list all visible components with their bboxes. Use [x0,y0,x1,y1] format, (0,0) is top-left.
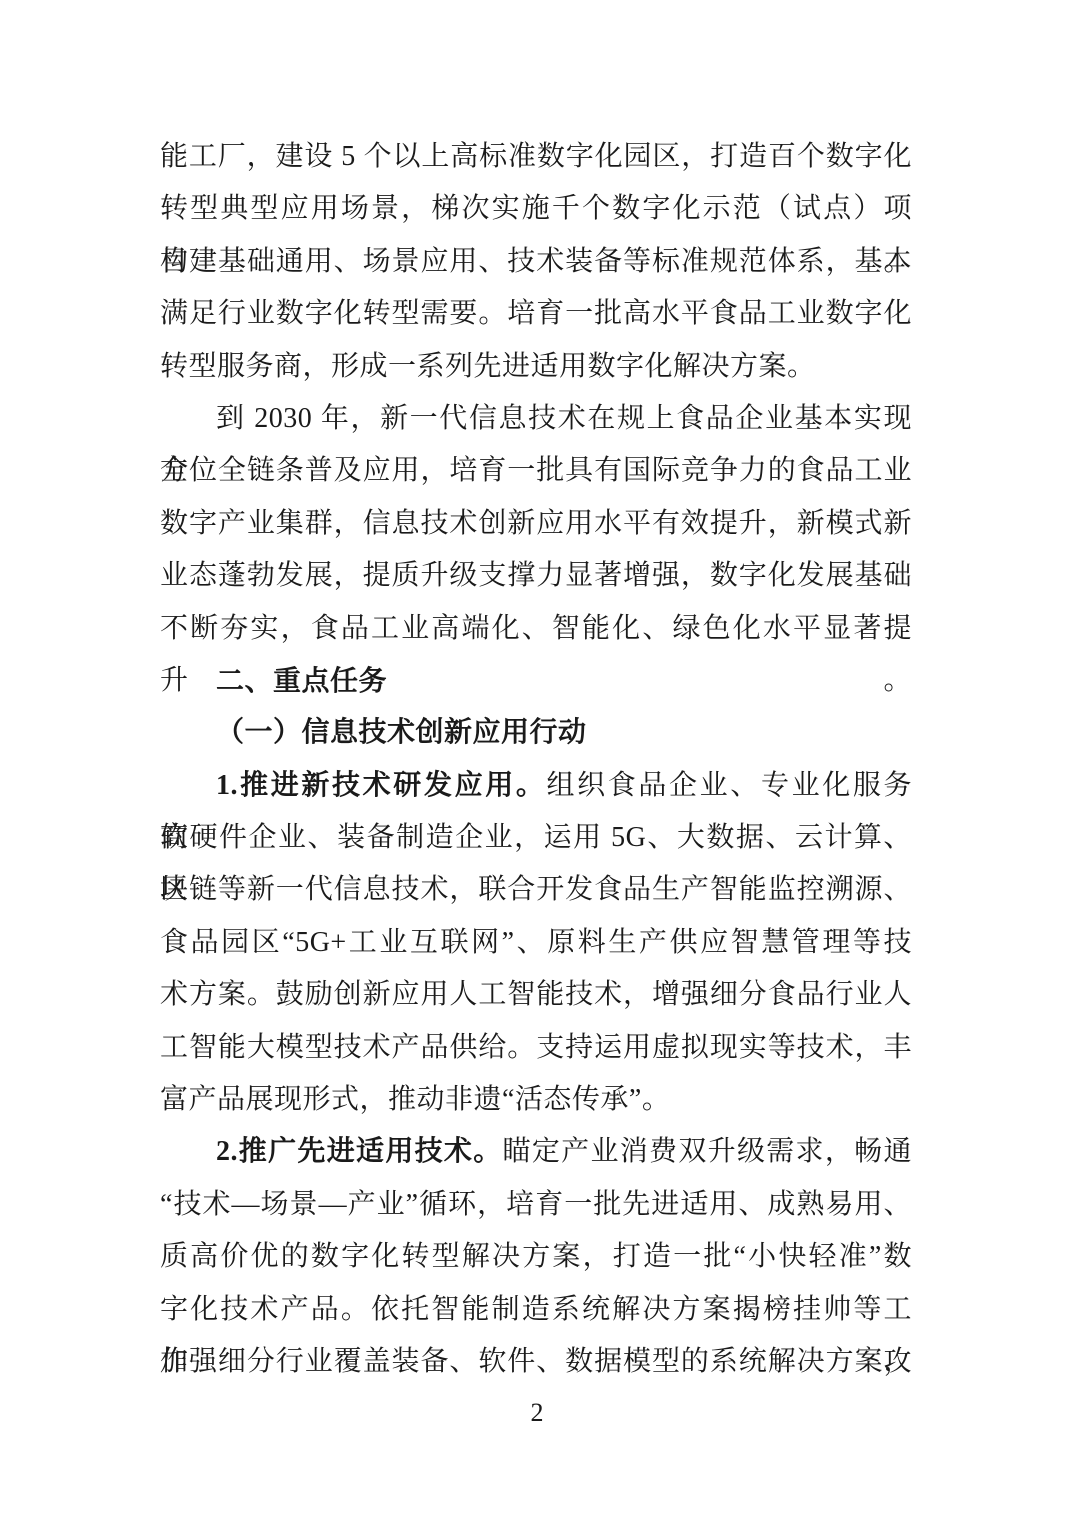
paragraph-start-line: 1.推进新技术研发应用。组织食品企业、专业化服务商、 [160,760,912,812]
text-line: 转型典型应用场景，梯次实施千个数字化示范（试点）项目。 [160,183,912,235]
text-line: 加强细分行业覆盖装备、软件、数据模型的系统解决方案攻 [160,1336,912,1388]
text-line: 满足行业数字化转型需要。培育一批高水平食品工业数字化 [160,288,912,340]
text-line: 工智能大模型技术产品供给。支持运用虚拟现实等技术，丰 [160,1022,912,1074]
text-line: 数字产业集群，信息技术创新应用水平有效提升，新模式新 [160,498,912,550]
page-number: 2 [0,1398,1074,1428]
text-line: 方位全链条普及应用，培育一批具有国际竞争力的食品工业 [160,445,912,497]
text-line: 软硬件企业、装备制造企业，运用 5G、大数据、云计算、区 [160,812,912,864]
numbered-item-lead: 2.推广先进适用技术。 [216,1136,503,1167]
text-line: 构建基础通用、场景应用、技术装备等标准规范体系，基本 [160,236,912,288]
text-line: 食品园区“5G+工业互联网”、原料生产供应智慧管理等技 [160,917,912,969]
numbered-item-lead: 1.推进新技术研发应用。 [216,770,547,801]
text-line: “技术—场景—产业”循环，培育一批先进适用、成熟易用、 [160,1179,912,1231]
paragraph-start-line: 2.推广先进适用技术。瞄定产业消费双升级需求，畅通 [160,1126,912,1178]
text-line: 转型服务商，形成一系列先进适用数字化解决方案。 [160,341,912,393]
text-line: 富产品展现形式，推动非遗“活态传承”。 [160,1074,912,1126]
text-line: 术方案。鼓励创新应用人工智能技术，增强细分食品行业人 [160,969,912,1021]
paragraph-start-line: 到 2030 年，新一代信息技术在规上食品企业基本实现全 [160,393,912,445]
text-line: 质高价优的数字化转型解决方案，打造一批“小快轻准”数 [160,1231,912,1283]
text-line: 块链等新一代信息技术，联合开发食品生产智能监控溯源、 [160,864,912,916]
document-page: 能工厂，建设 5 个以上高标准数字化园区，打造百个数字化 转型典型应用场景，梯次… [0,0,1074,1520]
text-line: 字化技术产品。依托智能制造系统解决方案揭榜挂帅等工作， [160,1284,912,1336]
text-line: 能工厂，建设 5 个以上高标准数字化园区，打造百个数字化 [160,131,912,183]
text-block: 能工厂，建设 5 个以上高标准数字化园区，打造百个数字化 转型典型应用场景，梯次… [160,131,912,1388]
subsection-heading: （一）信息技术创新应用行动 [160,707,912,759]
text-run: 瞄定产业消费双升级需求，畅通 [503,1136,912,1167]
text-line: 业态蓬勃发展，提质升级支撑力显著增强，数字化发展基础 [160,550,912,602]
text-line: 不断夯实，食品工业高端化、智能化、绿色化水平显著提升。 [160,603,912,655]
